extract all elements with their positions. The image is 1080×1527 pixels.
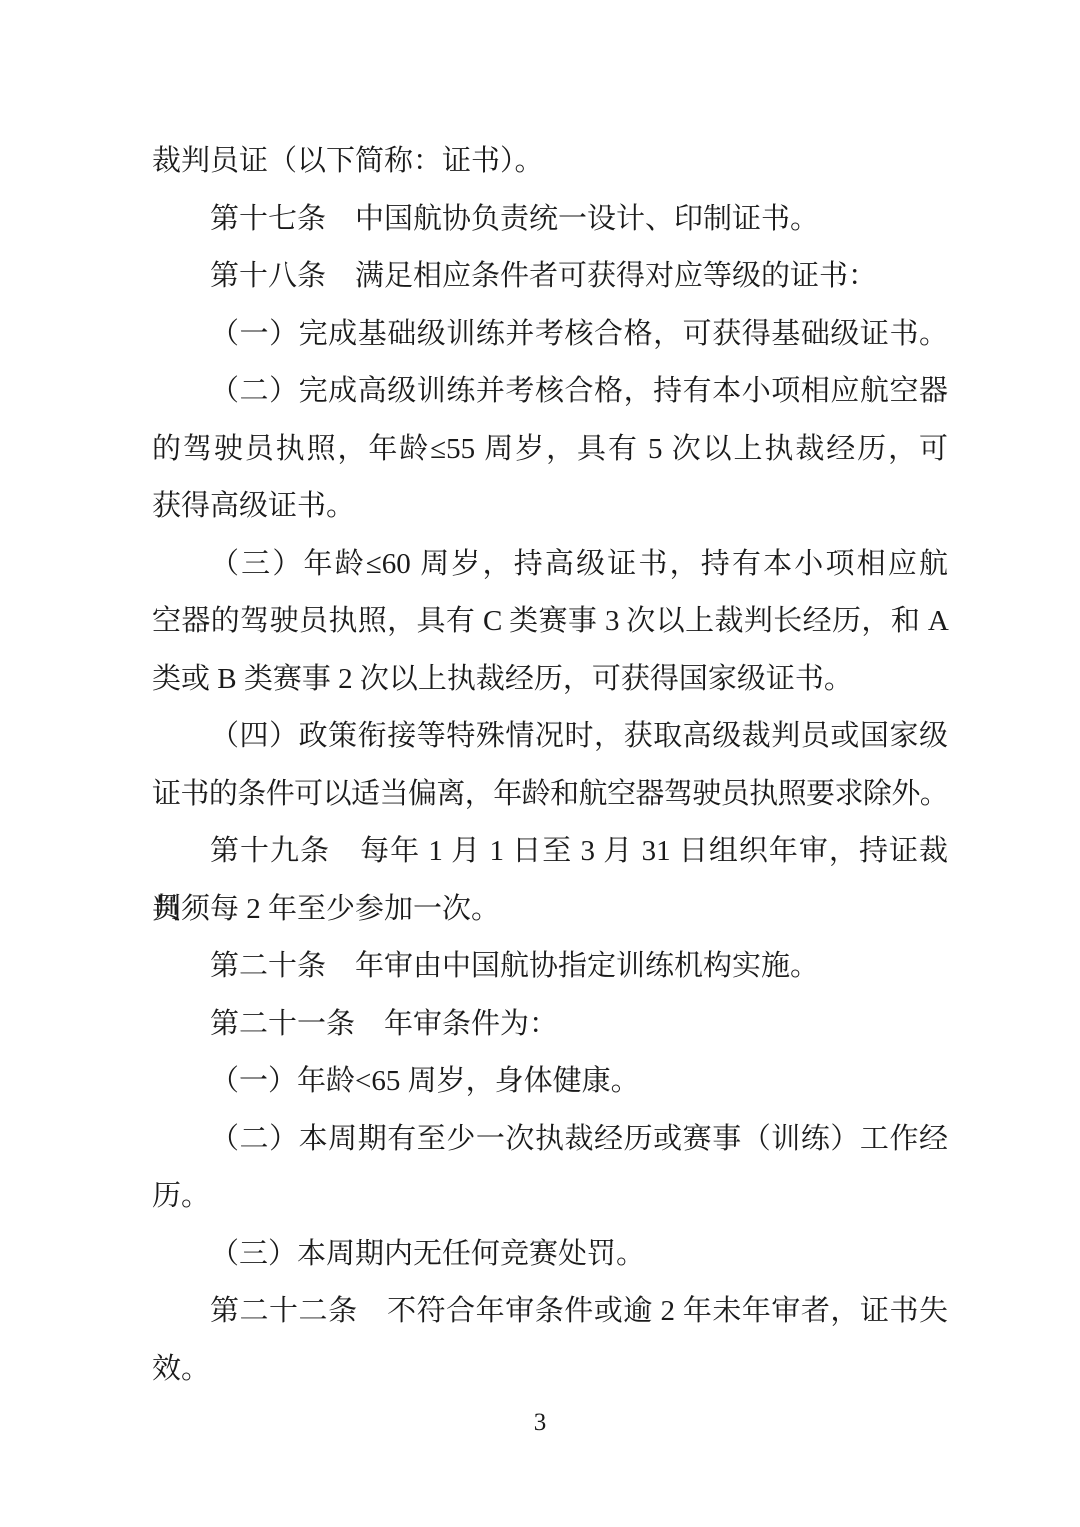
- text-line: （三）年龄≤60 周岁，持高级证书，持有本小项相应航: [152, 536, 948, 594]
- text-line: 获得高级证书。: [152, 478, 948, 536]
- text-line: 证书的条件可以适当偏离，年龄和航空器驾驶员执照要求除外。: [152, 766, 948, 824]
- document-body: 裁判员证（以下简称：证书）。第十七条 中国航协负责统一设计、印制证书。第十八条 …: [152, 133, 948, 1398]
- text-line: 裁判员证（以下简称：证书）。: [152, 133, 948, 191]
- text-line: 的驾驶员执照，年龄≤55 周岁，具有 5 次以上执裁经历，可: [152, 421, 948, 479]
- text-line: 第十九条 每年 1 月 1 日至 3 月 31 日组织年审，持证裁判: [152, 823, 948, 881]
- text-line: 类或 B 类赛事 2 次以上执裁经历，可获得国家级证书。: [152, 651, 948, 709]
- page-number: 3: [0, 1402, 1080, 1444]
- text-line: 第二十条 年审由中国航协指定训练机构实施。: [152, 938, 948, 996]
- text-line: （一）完成基础级训练并考核合格，可获得基础级证书。: [152, 306, 948, 364]
- text-line: （一）年龄<65 周岁，身体健康。: [152, 1053, 948, 1111]
- text-line: 效。: [152, 1341, 948, 1399]
- page: 裁判员证（以下简称：证书）。第十七条 中国航协负责统一设计、印制证书。第十八条 …: [0, 0, 1080, 1527]
- text-line: 空器的驾驶员执照，具有 C 类赛事 3 次以上裁判长经历，和 A: [152, 593, 948, 651]
- text-line: （三）本周期内无任何竞赛处罚。: [152, 1226, 948, 1284]
- text-line: 历。: [152, 1168, 948, 1226]
- text-line: 员须每 2 年至少参加一次。: [152, 881, 948, 939]
- text-line: 第十八条 满足相应条件者可获得对应等级的证书：: [152, 248, 948, 306]
- text-line: （二）完成高级训练并考核合格，持有本小项相应航空器: [152, 363, 948, 421]
- text-line: 第十七条 中国航协负责统一设计、印制证书。: [152, 191, 948, 249]
- text-line: （四）政策衔接等特殊情况时，获取高级裁判员或国家级: [152, 708, 948, 766]
- text-line: 第二十二条 不符合年审条件或逾 2 年未年审者，证书失: [152, 1283, 948, 1341]
- text-line: 第二十一条 年审条件为：: [152, 996, 948, 1054]
- text-line: （二）本周期有至少一次执裁经历或赛事（训练）工作经: [152, 1111, 948, 1169]
